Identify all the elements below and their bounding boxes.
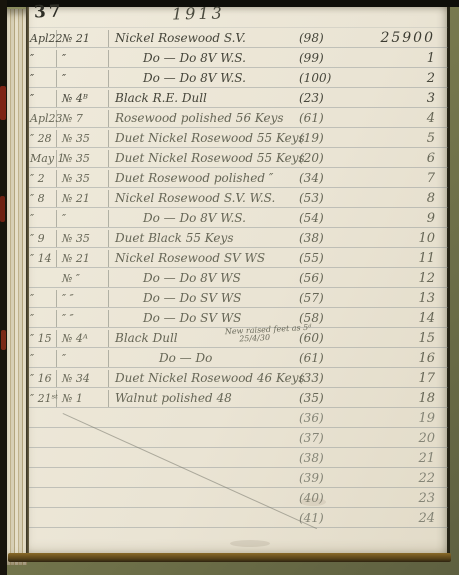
ledger-row: (41)24: [29, 508, 448, 528]
description-cell: Do — Do SV WS: [109, 290, 297, 307]
description-cell: Nickel Rosewood S.V.: [109, 30, 297, 47]
ledger-row: ″ 16№ 34Duet Nickel Rosewood 46 Keys(33)…: [29, 368, 448, 388]
line-no-cell: 17: [359, 370, 448, 387]
date-cell: Apl23: [29, 110, 57, 127]
serial-no-cell: (36): [297, 410, 359, 427]
line-no-cell: 12: [359, 270, 448, 287]
line-no-cell: 14: [359, 310, 448, 327]
line-no-cell: 10: [359, 230, 448, 247]
model-no-cell: ″: [57, 350, 109, 367]
date-cell: ″ 9: [29, 230, 57, 247]
description-cell: Duet Nickel Rosewood 46 Keys: [109, 370, 297, 387]
page-number: 37: [34, 1, 64, 22]
serial-no-cell: (53): [297, 190, 359, 207]
line-no-cell: 5: [359, 130, 448, 147]
ledger-row: (40)23: [29, 488, 448, 508]
date-cell: ″: [29, 290, 57, 307]
ledger-row: ″ 9№ 35Duet Black 55 Keys(38)10: [29, 228, 448, 248]
serial-no-cell: (37): [297, 430, 359, 447]
binding-red-patch: [0, 86, 6, 120]
line-no-cell: 7: [359, 170, 448, 187]
model-no-cell: № 35: [57, 150, 109, 167]
ledger-row: ″″Do — Do 8V W.S.(54)9: [29, 208, 448, 228]
binding-red-patch: [1, 330, 6, 350]
serial-no-cell: (33): [297, 370, 359, 387]
line-no-cell: 1: [359, 50, 448, 67]
line-no-cell: 25900: [359, 30, 448, 47]
ledger-row: № ″Do — Do 8V WS(56)12: [29, 268, 448, 288]
serial-no-cell: (35): [297, 390, 359, 407]
description-cell: Nickel Rosewood SV WS: [109, 250, 297, 267]
date-cell: May 1: [29, 150, 57, 167]
date-cell: ″: [29, 350, 57, 367]
model-no-cell: № 35: [57, 170, 109, 187]
ledger-photo: 37 1913 Apl22№ 21Nickel Rosewood S.V.(98…: [0, 0, 459, 575]
model-no-cell: ″: [57, 70, 109, 87]
ledger-row: ″ 28№ 35Duet Nickel Rosewood 55 Keys(19)…: [29, 128, 448, 148]
description-cell: Rosewood polished 56 Keys: [109, 110, 297, 127]
ledger-row: ″№ 4ᴮBlack R.E. Dull(23)3: [29, 88, 448, 108]
model-no-cell: № ″: [57, 270, 109, 287]
ledger-row: ″″Do — Do(61)16: [29, 348, 448, 368]
model-no-cell: № 1: [57, 390, 109, 407]
serial-no-cell: (38): [297, 230, 359, 247]
line-no-cell: 8: [359, 190, 448, 207]
model-no-cell: № 35: [57, 130, 109, 147]
model-no-cell: № 35: [57, 230, 109, 247]
ledger-row: ″ 14№ 21Nickel Rosewood SV WS(55)11: [29, 248, 448, 268]
paper-smudge: [230, 540, 270, 547]
description-cell: Duet Rosewood polished ″: [109, 170, 297, 187]
date-cell: ″: [29, 70, 57, 87]
model-no-cell: № 34: [57, 370, 109, 387]
model-no-cell: ″ ″: [57, 310, 109, 327]
serial-no-cell: (39): [297, 470, 359, 487]
description-cell: Walnut polished 48: [109, 390, 297, 407]
paper-smudge: [300, 498, 326, 506]
serial-no-cell: (100): [297, 70, 359, 87]
date-cell: ″ 28: [29, 130, 57, 147]
ledger-row: (36)19: [29, 408, 448, 428]
serial-no-cell: (34): [297, 170, 359, 187]
ledger-row: ″″ ″Do — Do SV WS(58)14: [29, 308, 448, 328]
ledger-row: May 1№ 35Duet Nickel Rosewood 55 Keys(20…: [29, 148, 448, 168]
ledger-row: Apl22№ 21Nickel Rosewood S.V.(98)25900: [29, 28, 448, 48]
date-cell: ″ 14: [29, 250, 57, 267]
line-no-cell: 9: [359, 210, 448, 227]
serial-no-cell: (20): [297, 150, 359, 167]
line-no-cell: 23: [359, 490, 448, 507]
ledger-row: ″ 21ˢᵗ№ 1Walnut polished 48(35)18: [29, 388, 448, 408]
line-no-cell: 6: [359, 150, 448, 167]
model-no-cell: № 4ᴮ: [57, 90, 109, 107]
line-no-cell: 18: [359, 390, 448, 407]
model-no-cell: ″: [57, 210, 109, 227]
description-cell: Do — Do 8V W.S.: [109, 50, 297, 67]
description-cell: Do — Do 8V WS: [109, 270, 297, 287]
description-cell: Do — Do 8V W.S.: [109, 70, 297, 87]
date-cell: ″: [29, 90, 57, 107]
serial-no-cell: (38): [297, 450, 359, 467]
line-no-cell: 20: [359, 430, 448, 447]
line-no-cell: 15: [359, 330, 448, 347]
date-cell: ″ 21ˢᵗ: [29, 390, 57, 407]
ledger-row: ″″ ″Do — Do SV WS(57)13: [29, 288, 448, 308]
ledger-row: Apl23№ 7Rosewood polished 56 Keys(61)4: [29, 108, 448, 128]
model-no-cell: № 21: [57, 250, 109, 267]
model-no-cell: № 21: [57, 30, 109, 47]
line-no-cell: 22: [359, 470, 448, 487]
ledger-row: ″″Do — Do 8V W.S.(99)1: [29, 48, 448, 68]
photo-top-shadow: [0, 0, 459, 7]
ledger-table: Apl22№ 21Nickel Rosewood S.V.(98)25900 ″…: [29, 27, 448, 528]
line-no-cell: 2: [359, 70, 448, 87]
line-no-cell: 11: [359, 250, 448, 267]
ledger-row: (38)21: [29, 448, 448, 468]
date-cell: Apl22: [29, 30, 57, 47]
description-cell: Do — Do: [109, 350, 297, 367]
description-cell: Duet Black 55 Keys: [109, 230, 297, 247]
serial-no-cell: (55): [297, 250, 359, 267]
date-cell: ″ 8: [29, 190, 57, 207]
serial-no-cell: (54): [297, 210, 359, 227]
description-cell: Nickel Rosewood S.V. W.S.: [109, 190, 297, 207]
model-no-cell: ″: [57, 50, 109, 67]
serial-no-cell: (23): [297, 90, 359, 107]
stacked-page-edges: [7, 9, 27, 565]
serial-no-cell: (57): [297, 290, 359, 307]
serial-no-cell: (61): [297, 110, 359, 127]
description-cell: Duet Nickel Rosewood 55 Keys: [109, 130, 297, 147]
model-no-cell: ″ ″: [57, 290, 109, 307]
book-cover-edge: [8, 553, 451, 562]
binding-red-patch: [0, 196, 5, 222]
model-no-cell: № 21: [57, 190, 109, 207]
ledger-row: (39)22: [29, 468, 448, 488]
serial-no-cell: (19): [297, 130, 359, 147]
line-no-cell: 19: [359, 410, 448, 427]
line-no-cell: 24: [359, 510, 448, 527]
year-heading: 1913: [172, 4, 225, 24]
ledger-row: ″ 8№ 21Nickel Rosewood S.V. W.S.(53)8: [29, 188, 448, 208]
model-no-cell: № 4ᴬ: [57, 330, 109, 347]
date-cell: ″: [29, 310, 57, 327]
date-cell: ″: [29, 50, 57, 67]
ledger-row: ″ 2№ 35Duet Rosewood polished ″(34)7: [29, 168, 448, 188]
serial-no-cell: (98): [297, 30, 359, 47]
description-cell: Black R.E. Dull: [109, 90, 297, 107]
serial-no-cell: (56): [297, 270, 359, 287]
ledger-row: ″″Do — Do 8V W.S.(100)2: [29, 68, 448, 88]
serial-no-cell: (61): [297, 350, 359, 367]
description-cell: Do — Do 8V W.S.: [109, 210, 297, 227]
ledger-row: (37)20: [29, 428, 448, 448]
description-cell: Duet Nickel Rosewood 55 Keys: [109, 150, 297, 167]
line-no-cell: 4: [359, 110, 448, 127]
date-cell: ″ 2: [29, 170, 57, 187]
line-no-cell: 13: [359, 290, 448, 307]
date-cell: ″ 15: [29, 330, 57, 347]
line-no-cell: 3: [359, 90, 448, 107]
line-no-cell: 21: [359, 450, 448, 467]
serial-no-cell: (99): [297, 50, 359, 67]
model-no-cell: № 7: [57, 110, 109, 127]
date-cell: ″ 16: [29, 370, 57, 387]
date-cell: ″: [29, 210, 57, 227]
line-no-cell: 16: [359, 350, 448, 367]
